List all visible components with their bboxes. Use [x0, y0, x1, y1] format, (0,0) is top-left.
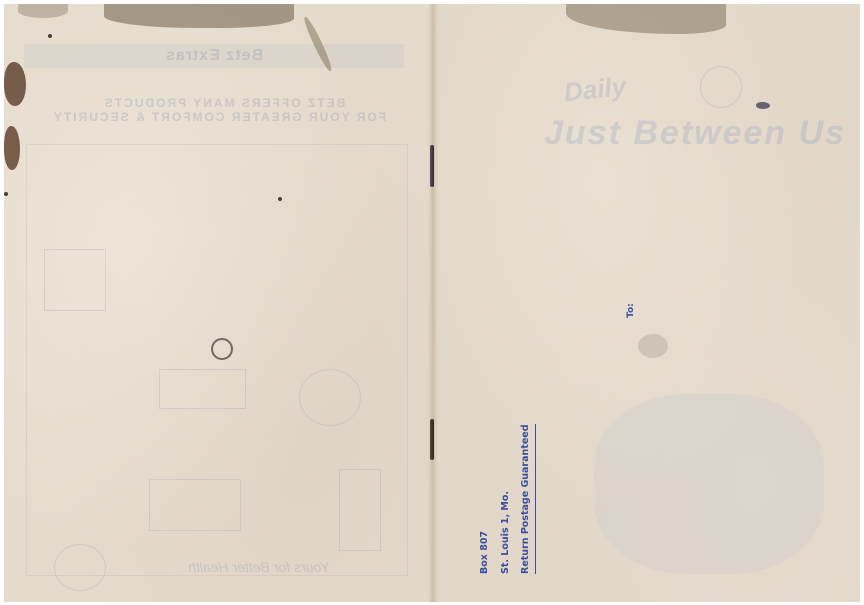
address-line-city: St. Louis 1, Mo. [495, 424, 516, 574]
ghost-postmark [700, 66, 742, 108]
ghost-script-text: Daily [563, 71, 628, 108]
circle-mark [211, 338, 233, 360]
speck [4, 192, 8, 196]
ghost-cartoon-illustration [594, 394, 824, 574]
speck [48, 34, 52, 38]
ghost-seal [54, 544, 106, 591]
water-stain [18, 4, 68, 18]
ghost-title: Betz Extras [24, 44, 404, 68]
smudge [638, 334, 668, 358]
ghost-product-box [44, 249, 106, 311]
ghost-product-box [299, 369, 361, 426]
left-page-back-cover: Betz Extras BETZ OFFERS MANY PRODUCTS FO… [4, 4, 432, 602]
edge-stain [4, 126, 20, 170]
ghost-headline: Just Between Us [544, 114, 846, 153]
ghost-tagline-2: FOR YOUR GREATER COMFORT & SECURITY [34, 110, 404, 124]
to-label: To: [626, 303, 636, 318]
speck [278, 197, 282, 201]
address-line-return-postage: Return Postage Guaranteed [516, 424, 536, 574]
ink-spot [756, 102, 770, 109]
edge-stain [4, 62, 26, 106]
booklet-spine [428, 4, 438, 602]
return-address: Box 807 St. Louis 1, Mo. Return Postage … [474, 424, 536, 574]
ghost-product-box [149, 479, 241, 531]
ghost-signature: Yours for Better Health [114, 559, 404, 575]
booklet-scan: Betz Extras BETZ OFFERS MANY PRODUCTS FO… [4, 4, 860, 602]
ghost-tagline-1: BETZ OFFERS MANY PRODUCTS [64, 96, 384, 110]
staple-bottom [430, 419, 434, 460]
staple-top [430, 145, 434, 187]
address-line-box: Box 807 [474, 424, 495, 574]
ghost-product-box [339, 469, 381, 551]
water-stain [104, 4, 294, 28]
ghost-product-box [159, 369, 246, 409]
